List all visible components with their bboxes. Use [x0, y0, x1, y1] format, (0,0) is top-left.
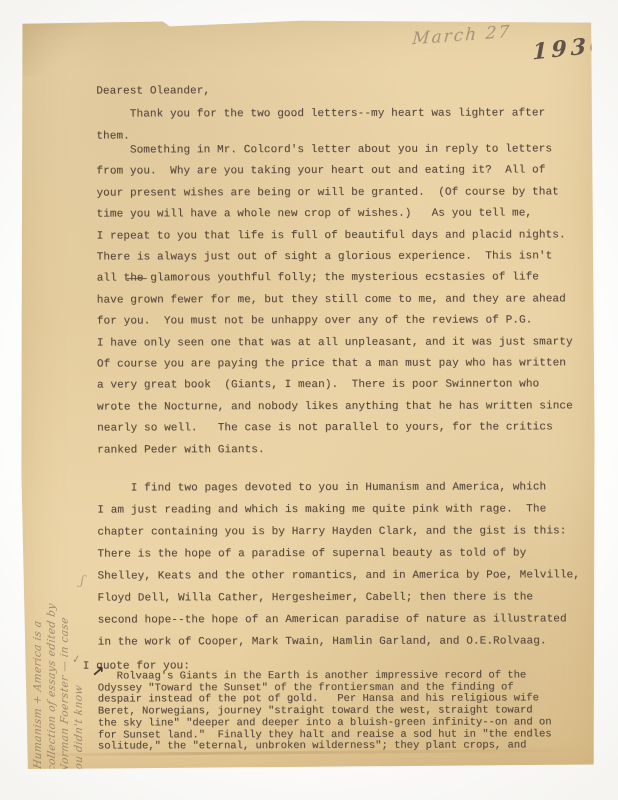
quoted-passage-rolvaag: Rolvaag's Giants in the Earth is another… — [98, 670, 606, 753]
handwritten-date-month: March 27 — [412, 22, 512, 49]
paragraph-humanism-and-america: I find two pages devoted to you in Human… — [97, 476, 595, 653]
paragraph-main: Something in Mr. Colcord's letter about … — [96, 139, 589, 461]
letter-greeting: Dearest Oleander, — [96, 80, 586, 103]
pencil-arrow-icon: ↗ — [91, 662, 105, 681]
corner-shading — [19, 21, 89, 76]
letter-page: March 27 1930 Dearest Oleander, Thank yo… — [19, 19, 596, 770]
